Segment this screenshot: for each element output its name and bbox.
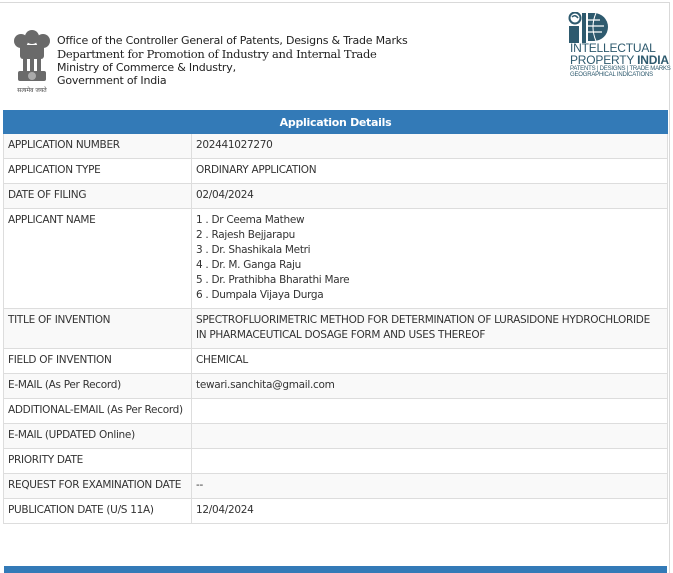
row-label: E-MAIL (As Per Record)	[4, 374, 192, 399]
row-value	[192, 399, 668, 424]
applicant-name: 5 . Dr. Prathibha Bharathi Mare	[196, 273, 663, 288]
office-line-1: Office of the Controller General of Pate…	[57, 34, 408, 47]
table-row: DATE OF FILING02/04/2024	[4, 184, 668, 209]
table-title: Application Details	[4, 111, 668, 134]
table-row: E-MAIL (As Per Record)tewari.sanchita@gm…	[4, 374, 668, 399]
applicant-name: 2 . Rajesh Bejjarapu	[196, 228, 663, 243]
table-row: PUBLICATION DATE (U/S 11A)12/04/2024	[4, 499, 668, 524]
applicant-name: 6 . Dumpala Vijaya Durga	[196, 288, 663, 303]
page-header: सत्यमेव जयते Office of the Controller Ge…	[0, 0, 673, 104]
applicant-name: 3 . Dr. Shashikala Metri	[196, 243, 663, 258]
row-value: 202441027270	[192, 134, 668, 159]
row-label: E-MAIL (UPDATED Online)	[4, 424, 192, 449]
row-label: REQUEST FOR EXAMINATION DATE	[4, 474, 192, 499]
table-row: TITLE OF INVENTIONSPECTROFLUORIMETRIC ME…	[4, 309, 668, 349]
row-value: 1 . Dr Ceema Mathew2 . Rajesh Bejjarapu3…	[192, 209, 668, 309]
applicant-name: 1 . Dr Ceema Mathew	[196, 213, 663, 228]
row-label: APPLICANT NAME	[4, 209, 192, 309]
application-details-table: Application Details APPLICATION NUMBER20…	[3, 110, 668, 524]
applicant-name: 4 . Dr. M. Ganga Raju	[196, 258, 663, 273]
ipi-line-4: GEOGRAPHICAL INDICATIONS	[570, 72, 671, 78]
row-value: 12/04/2024	[192, 499, 668, 524]
table-row: REQUEST FOR EXAMINATION DATE--	[4, 474, 668, 499]
table-row: APPLICATION NUMBER202441027270	[4, 134, 668, 159]
government-line: Government of India	[57, 74, 408, 87]
row-label: TITLE OF INVENTION	[4, 309, 192, 349]
ipi-line-2: PROPERTY INDIA	[570, 54, 671, 66]
row-value: --	[192, 474, 668, 499]
row-value	[192, 449, 668, 474]
department-line: Department for Promotion of Industry and…	[57, 47, 408, 61]
ipi-property: PROPERTY	[570, 53, 637, 67]
row-value: 02/04/2024	[192, 184, 668, 209]
row-label: ADDITIONAL-EMAIL (As Per Record)	[4, 399, 192, 424]
table-row: FIELD OF INVENTIONCHEMICAL	[4, 349, 668, 374]
row-label: DATE OF FILING	[4, 184, 192, 209]
row-value: CHEMICAL	[192, 349, 668, 374]
office-name-block: Office of the Controller General of Pate…	[57, 34, 408, 87]
row-value: ORDINARY APPLICATION	[192, 159, 668, 184]
row-value	[192, 424, 668, 449]
row-label: APPLICATION NUMBER	[4, 134, 192, 159]
svg-text:सत्यमेव जयते: सत्यमेव जयते	[17, 86, 47, 94]
row-label: APPLICATION TYPE	[4, 159, 192, 184]
table-row: APPLICANT NAME1 . Dr Ceema Mathew2 . Raj…	[4, 209, 668, 309]
row-value: tewari.sanchita@gmail.com	[192, 374, 668, 399]
table-row: APPLICATION TYPEORDINARY APPLICATION	[4, 159, 668, 184]
row-label: PRIORITY DATE	[4, 449, 192, 474]
row-label: FIELD OF INVENTION	[4, 349, 192, 374]
table-row: PRIORITY DATE	[4, 449, 668, 474]
row-value: SPECTROFLUORIMETRIC METHOD FOR DETERMINA…	[192, 309, 668, 349]
national-emblem-icon: सत्यमेव जयते	[12, 27, 52, 95]
row-label: PUBLICATION DATE (U/S 11A)	[4, 499, 192, 524]
ministry-line: Ministry of Commerce & Industry,	[57, 61, 408, 74]
ipi-india: INDIA	[637, 53, 669, 67]
next-section-header	[4, 566, 667, 573]
table-row: E-MAIL (UPDATED Online)	[4, 424, 668, 449]
ip-india-wordmark: INTELLECTUAL PROPERTY INDIA PATENTS | DE…	[570, 43, 671, 78]
table-row: ADDITIONAL-EMAIL (As Per Record)	[4, 399, 668, 424]
